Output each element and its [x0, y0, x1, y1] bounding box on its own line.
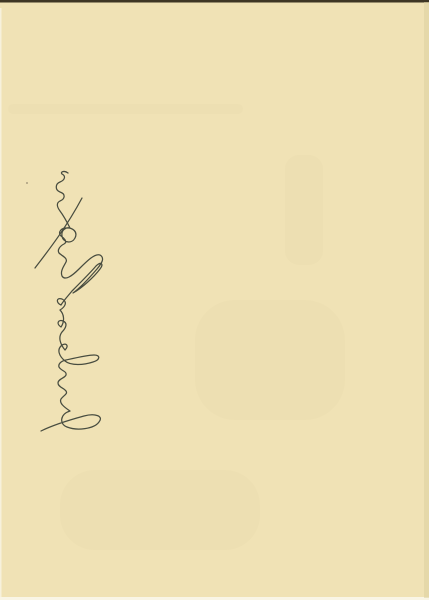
paper-speck — [26, 182, 28, 184]
scan-edge-top — [0, 0, 429, 3]
card-scan-svg — [0, 0, 429, 600]
scanned-card — [0, 0, 429, 600]
smudge-column-right — [285, 155, 323, 265]
smudge-center — [195, 300, 345, 420]
smudge-bottom — [60, 470, 260, 550]
smudge-band-top — [8, 104, 243, 114]
scan-shadow-right — [424, 2, 429, 598]
scan-edge-left — [0, 8, 2, 597]
